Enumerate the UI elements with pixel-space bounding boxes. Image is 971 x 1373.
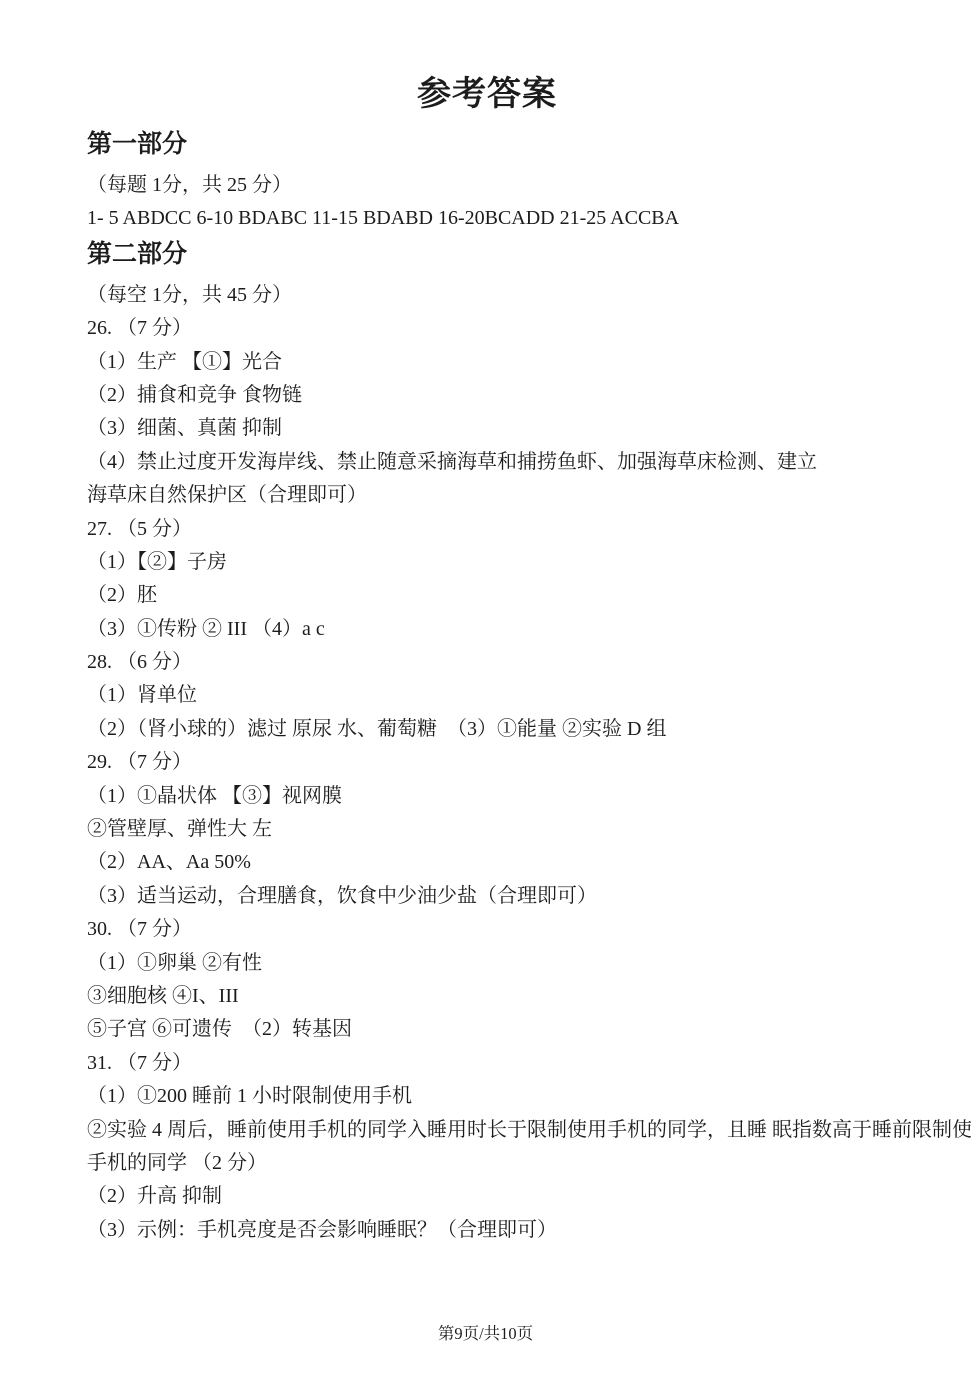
answer-line: 海草床自然保护区（合理即可）: [87, 479, 887, 512]
answer-line: （1）①晶状体 【③】视网膜: [87, 780, 887, 813]
answer-line: （2）AA、Aa 50%: [87, 846, 887, 879]
part1-scoring-note: （每题 1分，共 25 分）: [87, 169, 887, 202]
answer-line: （1）生产 【①】光合: [87, 346, 887, 379]
section-heading-part2: 第二部分: [87, 238, 887, 270]
page-content: 参考答案 第一部分 （每题 1分，共 25 分） 1- 5 ABDCC 6-10…: [0, 0, 971, 1247]
section-heading-part1: 第一部分: [87, 128, 887, 160]
page-title: 参考答案: [87, 0, 887, 114]
answer-line-q28: 28. （6 分）: [87, 646, 887, 679]
answer-line: 手机的同学 （2 分）: [87, 1147, 887, 1180]
answer-line: （1）肾单位: [87, 679, 887, 712]
answer-line: ②管壁厚、弹性大 左: [87, 813, 887, 846]
answer-line: （2）升高 抑制: [87, 1180, 887, 1213]
answer-line: ②实验 4 周后，睡前使用手机的同学入睡用时长于限制使用手机的同学，且睡 眠指数…: [87, 1114, 887, 1147]
answer-line-q31: 31. （7 分）: [87, 1047, 887, 1080]
answer-line: （2）（肾小球的）滤过 原尿 水、葡萄糖 （3）①能量 ②实验 D 组: [87, 713, 887, 746]
document-page: 参考答案 第一部分 （每题 1分，共 25 分） 1- 5 ABDCC 6-10…: [0, 0, 971, 1373]
answer-line-q29: 29. （7 分）: [87, 746, 887, 779]
answer-line-q26: 26. （7 分）: [87, 312, 887, 345]
answer-line: （3）细菌、真菌 抑制: [87, 412, 887, 445]
part2-scoring-note: （每空 1分，共 45 分）: [87, 279, 887, 312]
answer-line: ⑤子宫 ⑥可遗传 （2）转基因: [87, 1013, 887, 1046]
answer-line: （3）①传粉 ② III （4）a c: [87, 613, 887, 646]
answer-line: （2）捕食和竞争 食物链: [87, 379, 887, 412]
answer-line: （1）①200 睡前 1 小时限制使用手机: [87, 1080, 887, 1113]
part1-answers-line: 1- 5 ABDCC 6-10 BDABC 11-15 BDABD 16-20B…: [87, 202, 887, 235]
answer-line: （4）禁止过度开发海岸线、禁止随意采摘海草和捕捞鱼虾、加强海草床检测、建立: [87, 446, 887, 479]
answer-line: （1）①卵巢 ②有性: [87, 947, 887, 980]
answer-line-q30: 30. （7 分）: [87, 913, 887, 946]
answer-line: （2）胚: [87, 579, 887, 612]
answer-line: ③细胞核 ④I、III: [87, 980, 887, 1013]
answer-line: （3）适当运动，合理膳食，饮食中少油少盐（合理即可）: [87, 880, 887, 913]
answer-line-q27: 27. （5 分）: [87, 513, 887, 546]
answer-line: （1）【②】子房: [87, 546, 887, 579]
page-number-footer: 第9页/共10页: [0, 1322, 971, 1346]
answer-line: （3）示例：手机亮度是否会影响睡眠？（合理即可）: [87, 1214, 887, 1247]
